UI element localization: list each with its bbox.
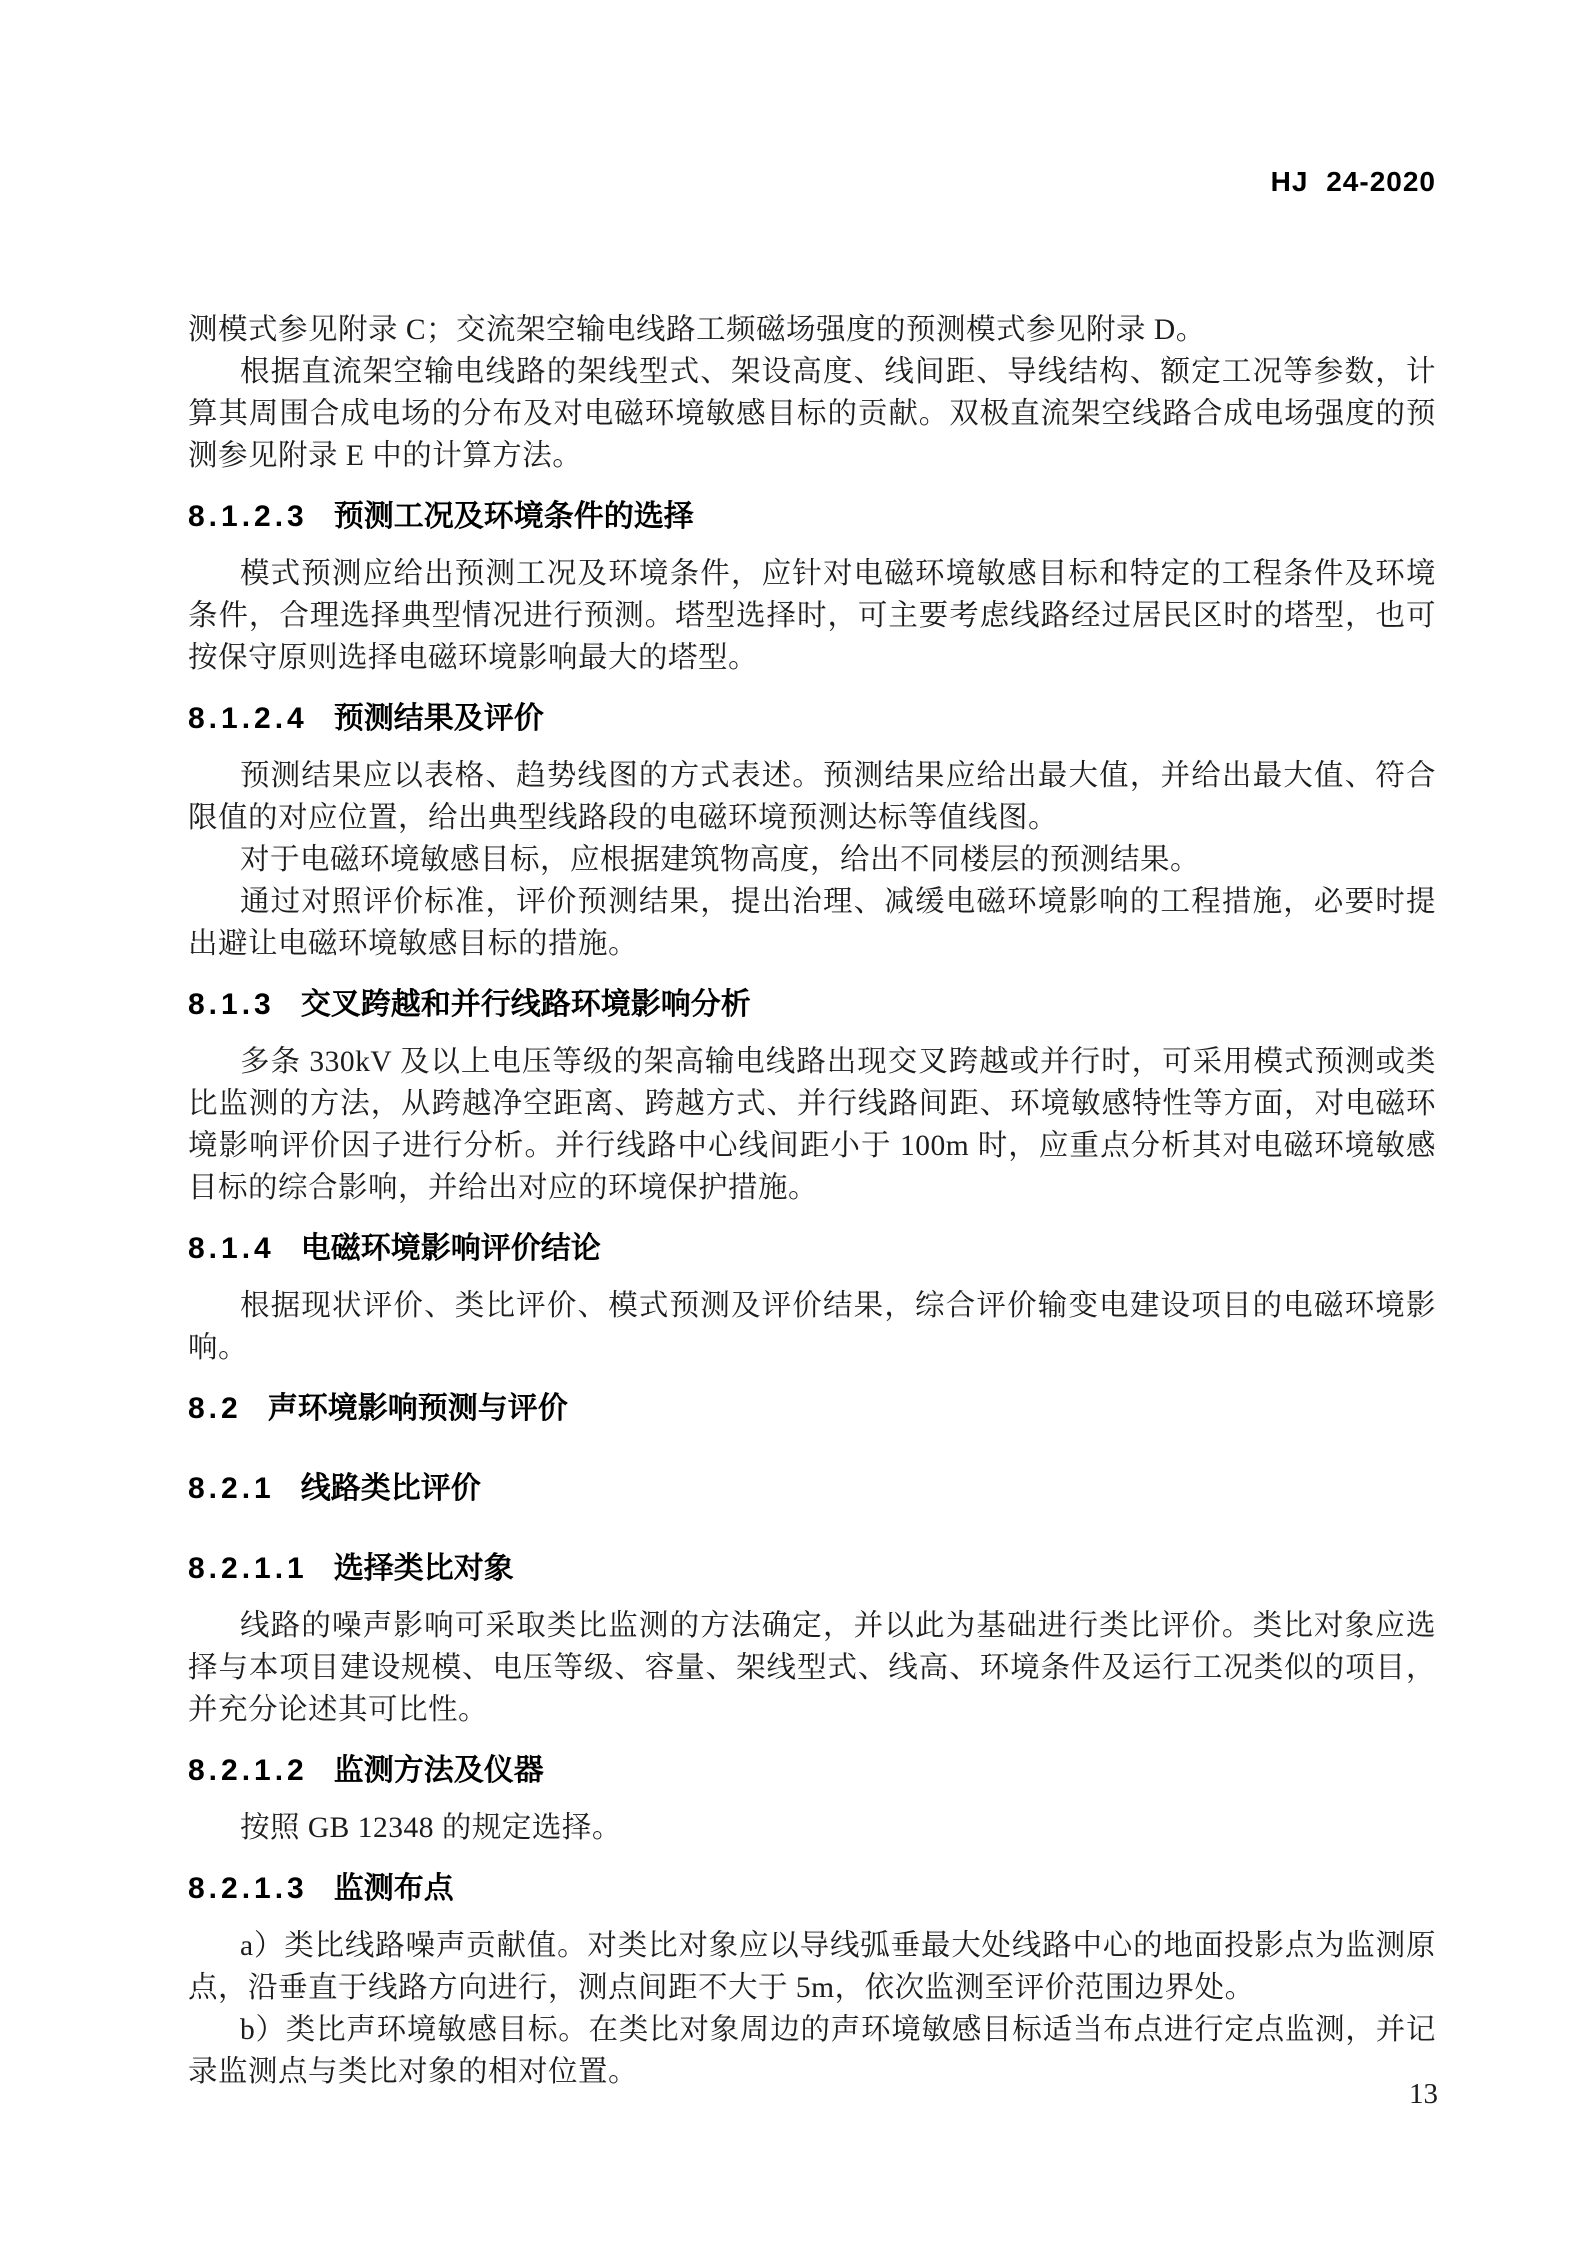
heading-8-1-2-3: 8.1.2.3预测工况及环境条件的选择	[188, 497, 1436, 537]
heading-number: 8.2.1.3	[188, 1872, 308, 1905]
page-content: 测模式参见附录 C；交流架空输电线路工频磁场强度的预测模式参见附录 D。 根据直…	[0, 0, 1587, 2093]
heading-title: 选择类比对象	[334, 1552, 514, 1585]
heading-8-2-1: 8.2.1线路类比评价	[188, 1469, 1436, 1509]
paragraph-prediction-result-3: 通过对照评价标准，评价预测结果，提出治理、减缓电磁环境影响的工程措施，必要时提出…	[188, 881, 1436, 965]
paragraph-prediction-result-2: 对于电磁环境敏感目标，应根据建筑物高度，给出不同楼层的预测结果。	[188, 839, 1436, 881]
heading-number: 8.2.1.2	[188, 1754, 308, 1787]
paragraph-crossing-parallel-lines: 多条 330kV 及以上电压等级的架高输电线路出现交叉跨越或并行时，可采用模式预…	[188, 1041, 1436, 1209]
paragraph-em-conclusion: 根据现状评价、类比评价、模式预测及评价结果，综合评价输变电建设项目的电磁环境影响…	[188, 1285, 1436, 1369]
heading-title: 交叉跨越和并行线路环境影响分析	[301, 988, 751, 1021]
heading-8-2-1-2: 8.2.1.2监测方法及仪器	[188, 1751, 1436, 1791]
heading-8-1-2-4: 8.1.2.4预测结果及评价	[188, 699, 1436, 739]
paragraph-monitoring-method: 按照 GB 12348 的规定选择。	[188, 1807, 1436, 1849]
heading-title: 监测方法及仪器	[334, 1754, 544, 1787]
document-page: HJ 24-2020 测模式参见附录 C；交流架空输电线路工频磁场强度的预测模式…	[0, 0, 1587, 2245]
heading-number: 8.1.2.4	[188, 702, 308, 735]
heading-8-1-3: 8.1.3交叉跨越和并行线路环境影响分析	[188, 985, 1436, 1025]
heading-title: 监测布点	[334, 1872, 454, 1905]
heading-number: 8.2.1.1	[188, 1552, 308, 1585]
heading-title: 预测工况及环境条件的选择	[334, 500, 694, 533]
heading-8-2-1-3: 8.2.1.3监测布点	[188, 1869, 1436, 1909]
heading-title: 预测结果及评价	[334, 702, 544, 735]
heading-number: 8.1.2.3	[188, 500, 308, 533]
page-number: 13	[1409, 2078, 1438, 2111]
heading-number: 8.2	[188, 1392, 242, 1425]
heading-8-2: 8.2声环境影响预测与评价	[188, 1389, 1436, 1429]
paragraph-overflow-prediction-mode: 测模式参见附录 C；交流架空输电线路工频磁场强度的预测模式参见附录 D。	[188, 309, 1436, 351]
heading-8-1-4: 8.1.4电磁环境影响评价结论	[188, 1229, 1436, 1269]
heading-number: 8.1.3	[188, 988, 275, 1021]
paragraph-prediction-result-1: 预测结果应以表格、趋势线图的方式表述。预测结果应给出最大值，并给出最大值、符合限…	[188, 755, 1436, 839]
paragraph-monitoring-point-a: a）类比线路噪声贡献值。对类比对象应以导线弧垂最大处线路中心的地面投影点为监测原…	[188, 1925, 1436, 2009]
paragraph-dc-line-field: 根据直流架空输电线路的架线型式、架设高度、线间距、导线结构、额定工况等参数，计算…	[188, 351, 1436, 477]
heading-number: 8.2.1	[188, 1472, 275, 1505]
paragraph-monitoring-point-b: b）类比声环境敏感目标。在类比对象周边的声环境敏感目标适当布点进行定点监测，并记…	[188, 2009, 1436, 2093]
heading-title: 声环境影响预测与评价	[268, 1392, 568, 1425]
heading-title: 电磁环境影响评价结论	[301, 1232, 601, 1265]
paragraph-prediction-condition: 模式预测应给出预测工况及环境条件，应针对电磁环境敏感目标和特定的工程条件及环境条…	[188, 553, 1436, 679]
paragraph-analogy-object: 线路的噪声影响可采取类比监测的方法确定，并以此为基础进行类比评价。类比对象应选择…	[188, 1605, 1436, 1731]
heading-8-2-1-1: 8.2.1.1选择类比对象	[188, 1549, 1436, 1589]
heading-title: 线路类比评价	[301, 1472, 481, 1505]
heading-number: 8.1.4	[188, 1232, 275, 1265]
